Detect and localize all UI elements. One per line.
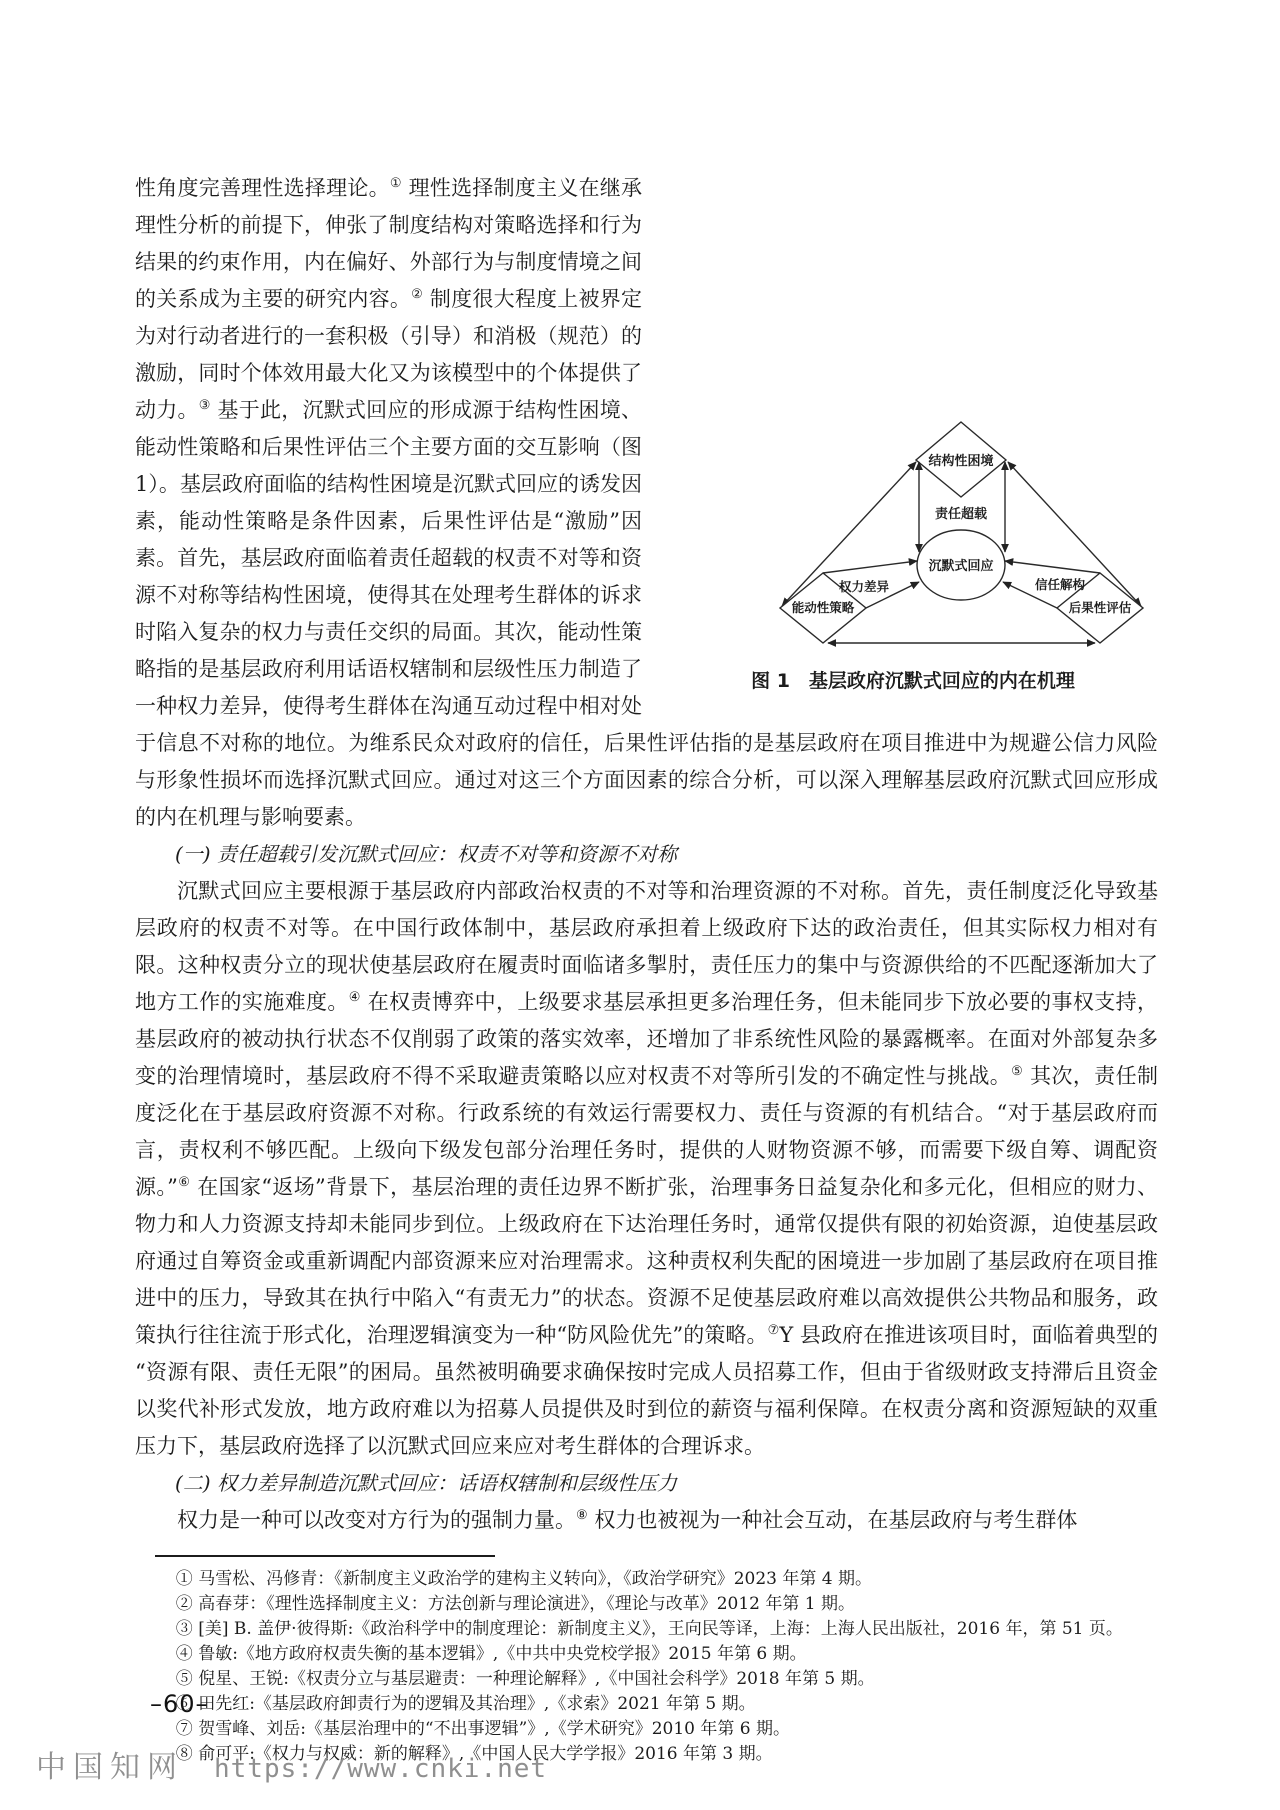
footnote-item: ⑤ 倪星、王锐:《权责分立与基层避责：一种理论解释》,《中国社会科学》2018 …	[135, 1667, 1158, 1692]
node-silent-response-label: 沉默式回应	[928, 558, 993, 574]
footnote-divider	[155, 1555, 495, 1557]
edge-trust-upper	[1005, 561, 1100, 573]
node-consequence-evaluation-label: 后果性评估	[1069, 600, 1132, 615]
page-number: –60–	[150, 1690, 209, 1718]
footnote-item: ① 马雪松、冯修青：《新制度主义政治学的建构主义转向》，《政治学研究》2023 …	[135, 1567, 1158, 1592]
footnote-list: ① 马雪松、冯修青：《新制度主义政治学的建构主义转向》，《政治学研究》2023 …	[135, 1567, 1158, 1767]
figure-1: 结构性困境 责任超载 沉默式回应 权力差异 信任解构 能动性策略 后果性评估 图…	[668, 394, 1158, 694]
body-paragraph-2: 沉默式回应主要根源于基层政府内部政治权责的不对等和治理资源的不对称。首先，责任制…	[135, 873, 1158, 1465]
footnote-item: ⑦ 贺雪峰、刘岳:《基层治理中的“不出事逻辑”》,《学术研究》2010 年第 6…	[135, 1717, 1158, 1742]
section-heading-1: (一) 责任超载引发沉默式回应：权责不对等和资源不对称	[135, 836, 1158, 873]
watermark-url: https://www.cnki.net	[214, 1754, 547, 1784]
node-responsibility-overload-label: 责任超载	[935, 506, 987, 522]
footnote-item: ⑥ 田先红:《基层政府卸责行为的逻辑及其治理》,《求索》2021 年第 5 期。	[135, 1692, 1158, 1717]
page-content: 结构性困境 责任超载 沉默式回应 权力差异 信任解构 能动性策略 后果性评估 图…	[135, 0, 1158, 1767]
node-trust-deconstruction-label: 信任解构	[1035, 577, 1086, 592]
journal-page: 结构性困境 责任超载 沉默式回应 权力差异 信任解构 能动性策略 后果性评估 图…	[0, 0, 1280, 1810]
body-paragraph-3: 权力是一种可以改变对方行为的强制力量。⑧ 权力也被视为一种社会互动，在基层政府与…	[135, 1502, 1158, 1539]
node-structural-dilemma-label: 结构性困境	[928, 453, 993, 469]
figure-caption: 图 1 基层政府沉默式回应的内在机理	[668, 668, 1158, 694]
figure-diagram: 结构性困境 责任超载 沉默式回应 权力差异 信任解构 能动性策略 后果性评估	[668, 394, 1158, 652]
edge-power-gap-upper	[823, 561, 917, 573]
node-power-gap-label: 权力差异	[839, 579, 890, 594]
node-agency-strategy-label: 能动性策略	[792, 600, 855, 615]
watermark-site-name: 中国知网	[36, 1750, 184, 1785]
footnote-item: ③ [美] B. 盖伊·彼得斯:《政治科学中的制度理论：新制度主义》，王向民等译…	[135, 1617, 1158, 1642]
body-paragraph-1: 结构性困境 责任超载 沉默式回应 权力差异 信任解构 能动性策略 后果性评估 图…	[135, 170, 1158, 836]
watermark: 中国知网https://www.cnki.net	[36, 1742, 547, 1786]
footnote-item: ④ 鲁敏:《地方政府权责失衡的基本逻辑》,《中共中央党校学报》2015 年第 6…	[135, 1642, 1158, 1667]
footnote-item: ② 高春芽：《理性选择制度主义：方法创新与理论演进》，《理论与改革》2012 年…	[135, 1592, 1158, 1617]
section-heading-2: (二) 权力差异制造沉默式回应：话语权辖制和层级性压力	[135, 1465, 1158, 1502]
